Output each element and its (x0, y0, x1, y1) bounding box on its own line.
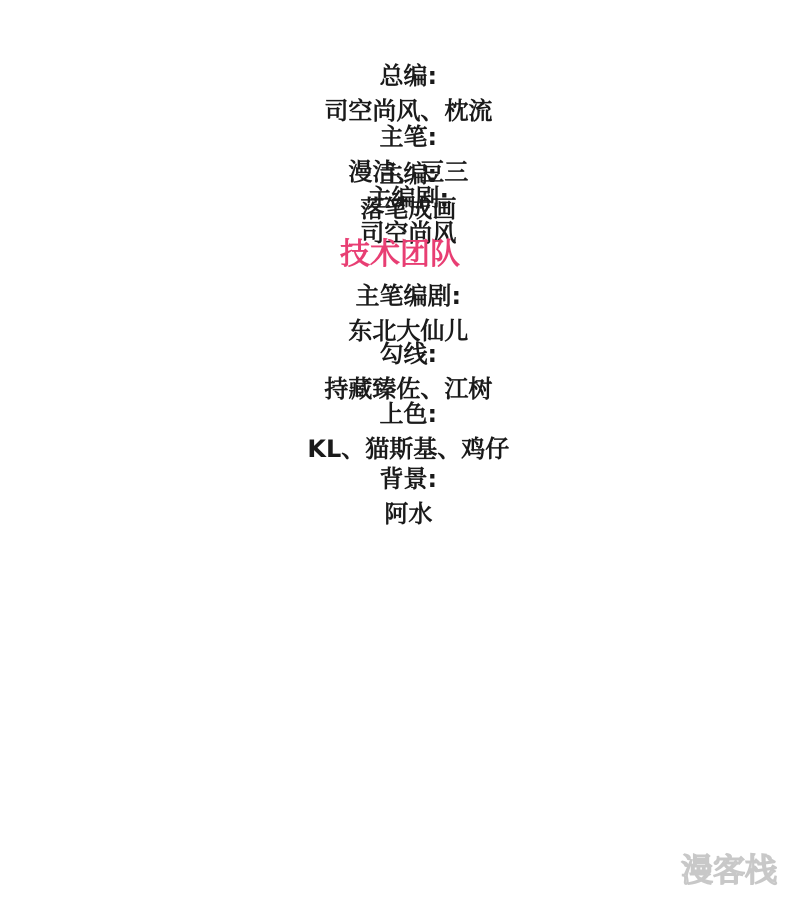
watermark-text: 漫客栈 (681, 851, 778, 889)
chief-editor-label: 总编: (380, 62, 438, 90)
background-label: 背景: (380, 465, 438, 493)
lineart-label: 勾线: (380, 340, 438, 368)
tech-team-title: 技术团队 (0, 229, 800, 273)
credits-row-background: 背景: 阿水 (0, 431, 800, 529)
watermark-logo: 漫客栈 (670, 847, 788, 891)
lead-artist-label: 主笔: (380, 123, 438, 151)
background-value: 阿水 (384, 500, 432, 528)
coloring-label: 上色: (380, 400, 438, 428)
head-writer-label: 主编剧: (368, 184, 450, 212)
